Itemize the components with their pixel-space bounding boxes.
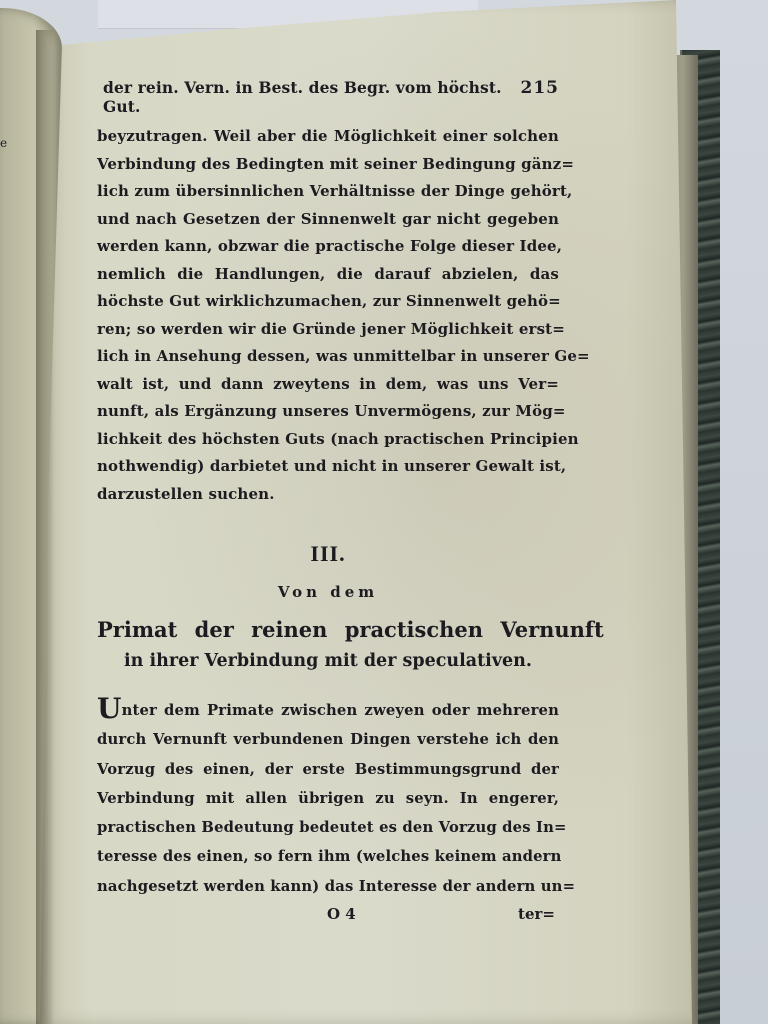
- gutter-shadow: [36, 30, 54, 1024]
- text-line: lichkeit des höchsten Guts (nach practis…: [97, 426, 559, 454]
- text-line: darzustellen suchen.: [97, 481, 559, 509]
- text-line: werden kann, obzwar die practische Folge…: [97, 233, 559, 261]
- first-line-text: nter dem Primate zwischen zweyen oder me…: [122, 702, 559, 719]
- text-line: lich zum übersinnlichen Verhältnisse der…: [97, 178, 559, 206]
- text-line: höchste Gut wirklichzumachen, zur Sinnen…: [97, 288, 559, 316]
- paragraph-1: beyzutragen. Weil aber die Möglichkeit e…: [97, 123, 559, 508]
- text-line: und nach Gesetzen der Sinnenwelt gar nic…: [97, 206, 559, 234]
- text-line: durch Vernunft verbundenen Dingen verste…: [97, 725, 559, 754]
- page-footer: O 4 ter=: [97, 905, 559, 931]
- text-line: lich in Ansehung dessen, was unmittelbar…: [97, 343, 559, 371]
- running-head-title: der rein. Vern. in Best. des Begr. vom h…: [103, 78, 521, 116]
- left-page-fragment: e: [0, 136, 6, 146]
- text-line: nunft, als Ergänzung unseres Unvermögens…: [97, 398, 559, 426]
- section-number: III.: [97, 541, 559, 573]
- signature-mark: O 4: [327, 905, 356, 923]
- text-line: teresse des einen, so fern ihm (welches …: [97, 842, 559, 871]
- text-line: practischen Bedeutung bedeutet es den Vo…: [97, 813, 559, 842]
- drop-cap: U: [97, 692, 122, 725]
- text-line: ren; so werden wir die Gründe jener Mögl…: [97, 316, 559, 344]
- section-title-line-2: in ihrer Verbindung mit der speculativen…: [97, 651, 559, 681]
- text-line: nothwendig) darbietet und nicht in unser…: [97, 453, 559, 481]
- text-line: Verbindung mit allen übrigen zu seyn. In…: [97, 784, 559, 813]
- section-title-line-1: Primat der reinen practischen Vernunft: [97, 617, 559, 651]
- text-line: Unter dem Primate zwischen zweyen oder m…: [97, 696, 559, 725]
- text-line: Vorzug des einen, der erste Bestimmungsg…: [97, 755, 559, 784]
- catchword: ter=: [518, 905, 555, 923]
- text-line: nemlich die Handlungen, die darauf abzie…: [97, 261, 559, 289]
- section-prefix: Von dem: [97, 583, 559, 609]
- text-line: Verbindung des Bedingten mit seiner Bedi…: [97, 151, 559, 179]
- running-head: der rein. Vern. in Best. des Begr. vom h…: [103, 78, 559, 106]
- text-line: beyzutragen. Weil aber die Möglichkeit e…: [97, 123, 559, 151]
- page-text: der rein. Vern. in Best. des Begr. vom h…: [97, 78, 559, 931]
- page-number: 215: [521, 78, 560, 98]
- text-line: walt ist, und dann zweytens in dem, was …: [97, 371, 559, 399]
- text-line: nachgesetzt werden kann) das Interesse d…: [97, 872, 559, 901]
- paragraph-2: Unter dem Primate zwischen zweyen oder m…: [97, 696, 559, 901]
